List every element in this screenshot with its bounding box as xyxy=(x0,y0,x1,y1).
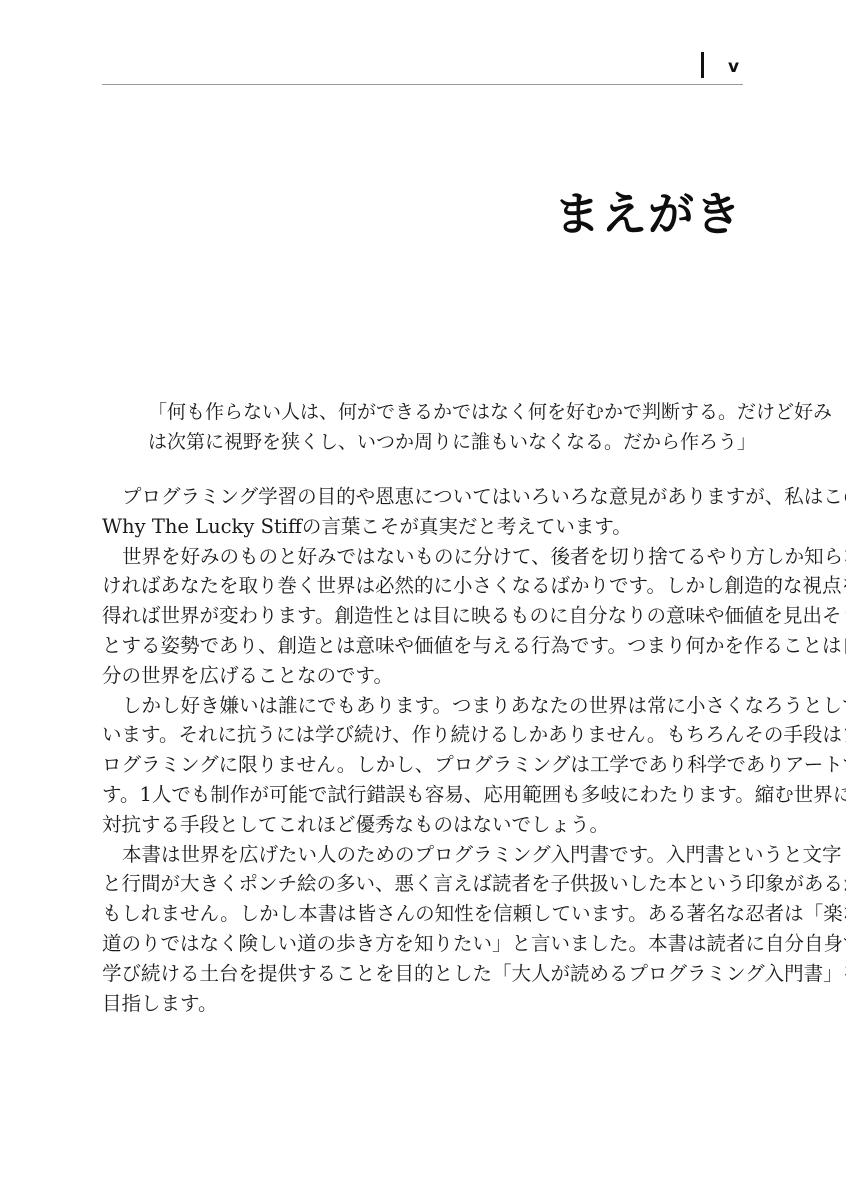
paragraph-line: 道のりではなく険しい道の歩き方を知りたい」と言いました。本書は読者に自分自身で xyxy=(102,929,747,959)
paragraph-line: 対抗する手段としてこれほど優秀なものはないでしょう。 xyxy=(102,810,747,840)
paragraph-line: もしれません。しかし本書は皆さんの知性を信頼しています。ある著名な忍者は「楽な xyxy=(102,899,747,929)
epigraph-line: 「何も作らない人は、何ができるかではなく何を好むかで判断する。だけど好み xyxy=(148,397,748,427)
header-rule xyxy=(102,84,743,85)
paragraph-line: と行間が大きくポンチ絵の多い、悪く言えば読者を子供扱いした本という印象があるか xyxy=(102,869,747,899)
paragraph-line: 分の世界を広げることなのです。 xyxy=(102,661,747,691)
epigraph-quote: 「何も作らない人は、何ができるかではなく何を好むかで判断する。だけど好み は次第… xyxy=(148,397,748,457)
paragraph-line: 学び続ける土台を提供することを目的とした「大人が読めるプログラミング入門書」を xyxy=(102,959,747,989)
paragraph-line: 得れば世界が変わります。創造性とは目に映るものに自分なりの意味や価値を見出そう xyxy=(102,601,747,631)
paragraph-line: す。1人でも制作が可能で試行錯誤も容易、応用範囲も多岐にわたります。縮む世界に xyxy=(102,780,747,810)
paragraph-1: プログラミング学習の目的や恩恵についてはいろいろな意見がありますが、私はこの W… xyxy=(102,482,747,542)
page-number: v xyxy=(728,57,739,77)
paragraph-line: プログラミング学習の目的や恩恵についてはいろいろな意見がありますが、私はこの xyxy=(102,482,747,512)
paragraph-line: とする姿勢であり、創造とは意味や価値を与える行為です。つまり何かを作ることは自 xyxy=(102,631,747,661)
paragraph-line: ログラミングに限りません。しかし、プログラミングは工学であり科学でありアートで xyxy=(102,750,747,780)
paragraph-4: 本書は世界を広げたい人のためのプログラミング入門書です。入門書というと文字 と行… xyxy=(102,840,747,1019)
body-text: プログラミング学習の目的や恩恵についてはいろいろな意見がありますが、私はこの W… xyxy=(102,482,747,1018)
chapter-title: まえがき xyxy=(554,186,742,242)
paragraph-line: います。それに抗うには学び続け、作り続けるしかありません。もちろんその手段はプ xyxy=(102,720,747,750)
header-divider-bar xyxy=(701,52,704,78)
paragraph-line: ければあなたを取り巻く世界は必然的に小さくなるばかりです。しかし創造的な視点を xyxy=(102,571,747,601)
paragraph-line: しかし好き嫌いは誰にでもあります。つまりあなたの世界は常に小さくなろうとして xyxy=(102,691,747,721)
paragraph-3: しかし好き嫌いは誰にでもあります。つまりあなたの世界は常に小さくなろうとして い… xyxy=(102,691,747,840)
paragraph-line: 本書は世界を広げたい人のためのプログラミング入門書です。入門書というと文字 xyxy=(102,840,747,870)
paragraph-line: 目指します。 xyxy=(102,989,747,1019)
paragraph-line: Why The Lucky Stiffの言葉こそが真実だと考えています。 xyxy=(102,512,747,542)
epigraph-line: は次第に視野を狭くし、いつか周りに誰もいなくなる。だから作ろう」 xyxy=(148,427,748,457)
paragraph-2: 世界を好みのものと好みではないものに分けて、後者を切り捨てるやり方しか知らな け… xyxy=(102,542,747,691)
paragraph-line: 世界を好みのものと好みではないものに分けて、後者を切り捨てるやり方しか知らな xyxy=(102,542,747,572)
